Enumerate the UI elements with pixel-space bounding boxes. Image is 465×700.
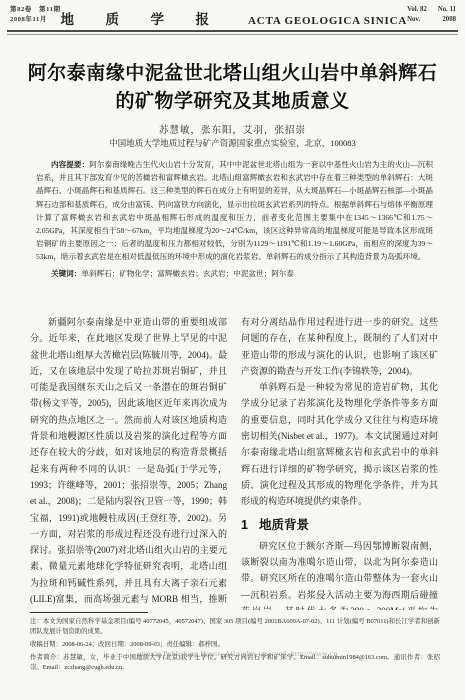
- intro-paragraph-continued: 有对分离结晶作用过程进行进一步的研究。这些问题的存在，在某种程度上，既制约了人们…: [241, 314, 438, 379]
- keywords-text: 单斜辉石；矿物化学；富辉橄玄岩；玄武岩；中泥盆世；阿尔泰: [81, 269, 294, 278]
- journal-titles: 地 质 学 报 ACTA GEOLOGICA SINICA: [61, 5, 408, 28]
- section-number: 1: [241, 517, 248, 533]
- issue-no: No. 11: [438, 5, 456, 15]
- author-bio-note: 作者简介：苏慧敏，女，毕业于中国地质大学(北京)获学士学位。研究方向岩石学和矿床…: [30, 653, 440, 673]
- body-columns: 新疆阿尔泰南缘是中亚造山带的重要组成部分。近年来，在此地区发现了世界上罕见的中泥…: [30, 314, 438, 610]
- article-title-line2: 的矿物学研究及其地质意义: [20, 88, 445, 116]
- issue-info-cn: 第82卷 第11期 2008年11月: [10, 5, 61, 24]
- issue-vol: Vol. 82: [407, 5, 427, 15]
- issue-info-en: Vol. 82 No. 11 Nov. 2008: [407, 5, 456, 25]
- intro-paragraph: 新疆阿尔泰南缘是中亚造山带的重要组成部分。近年来，在此地区发现了世界上罕见的中泥…: [30, 314, 227, 610]
- journal-title-cn: 地 质 学 报: [61, 8, 219, 28]
- geology-paragraph: 研究区位于额尔齐斯—玛因鄂博断裂南侧，该断裂以南为准噶尔造山带，以北为阿尔泰造山…: [241, 538, 438, 610]
- body-left-column: 新疆阿尔泰南缘是中亚造山带的重要组成部分。近年来，在此地区发现了世界上罕见的中泥…: [30, 314, 227, 610]
- masthead-divider: [7, 30, 458, 35]
- article-title: 阿尔泰南缘中泥盆世北塔山组火山岩中单斜辉石 的矿物学研究及其地质意义: [20, 60, 445, 116]
- journal-masthead: 第82卷 第11期 2008年11月 地 质 学 报 ACTA GEOLOGIC…: [10, 5, 456, 28]
- clinopyroxene-paragraph: 单斜辉石是一种较为常见的造岩矿物，其化学成分记录了岩浆演化及物理化学条件等多方面…: [241, 379, 438, 509]
- section-heading-geology: 1 地质背景: [241, 517, 438, 533]
- body-right-column: 有对分离结晶作用过程进行进一步的研究。这些问题的存在，在某种程度上，既制约了人们…: [241, 314, 438, 610]
- section-title: 地质背景: [259, 517, 309, 533]
- abstract-text: 阿尔泰南缘晚古生代火山岩十分发育，其中中泥盆世北塔山组为一套以中基性火山岩为主的…: [36, 160, 433, 261]
- funding-note: 注：本文为国家自然科学基金项目(编号 40772045，40572047)、国家…: [30, 617, 440, 637]
- footnote-divider: [30, 612, 148, 613]
- issue-volume-cn: 第82卷 第11期: [10, 5, 61, 15]
- issue-date-cn: 2008年11月: [10, 15, 61, 25]
- issue-volume-en: Vol. 82 No. 11: [407, 5, 456, 15]
- keywords-paragraph: 关键词：单斜辉石；矿物化学；富辉橄玄岩；玄武岩；中泥盆世；阿尔泰: [36, 267, 433, 280]
- keywords-label: 关键词：: [51, 269, 81, 278]
- abstract-label: 内容提要：: [51, 160, 89, 169]
- issue-year: 2008: [442, 15, 456, 25]
- issue-month: Nov.: [407, 15, 420, 25]
- journal-title-en: ACTA GEOLOGICA SINICA: [248, 15, 407, 27]
- received-date-note: 收稿日期：2008-06-24；改回日期：2008-09-03；责任编辑：郝梓国…: [30, 640, 440, 650]
- issue-date-en: Nov. 2008: [407, 15, 456, 25]
- article-title-line1: 阿尔泰南缘中泥盆世北塔山组火山岩中单斜辉石: [20, 60, 445, 88]
- author-list: 苏慧敏，张东阳，艾羽，张招崇: [0, 122, 465, 136]
- abstract-block: 内容提要：阿尔泰南缘晚古生代火山岩十分发育，其中中泥盆世北塔山组为一套以中基性火…: [36, 158, 433, 280]
- footnote-block: 注：本文为国家自然科学基金项目(编号 40772045，40572047)、国家…: [30, 617, 440, 676]
- abstract-paragraph: 内容提要：阿尔泰南缘晚古生代火山岩十分发育，其中中泥盆世北塔山组为一套以中基性火…: [36, 158, 433, 264]
- affiliation: 中国地质大学地质过程与矿产资源国家重点实验室，北京，100083: [0, 137, 465, 149]
- journal-page: 第82卷 第11期 2008年11月 地 质 学 报 ACTA GEOLOGIC…: [0, 0, 465, 700]
